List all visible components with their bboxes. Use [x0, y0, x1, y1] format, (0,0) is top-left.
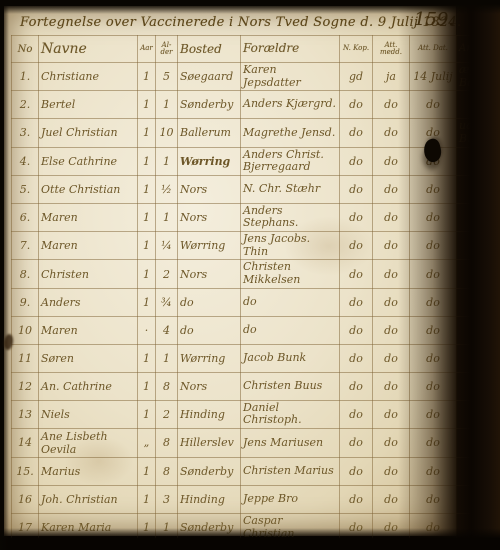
cell-no: 10 — [12, 316, 39, 344]
cell-aar: 1 — [138, 288, 156, 316]
cell-no: 2. — [12, 91, 39, 119]
cell-parent: Christen Marius — [241, 457, 340, 485]
cell-kop: do — [340, 457, 373, 485]
cell-sted: Sønderby — [178, 91, 241, 119]
cell-dat: 14 Julij — [410, 63, 457, 91]
cell-dat: do — [410, 344, 457, 372]
cell-anm — [457, 288, 500, 316]
cell-kop: do — [340, 316, 373, 344]
table-row: 8.Christen12NorsChristen Mikkelsendododo — [12, 260, 500, 288]
cell-dat: do — [410, 260, 457, 288]
cell-att: do — [373, 119, 410, 147]
cell-att: do — [373, 232, 410, 260]
cell-kop: do — [340, 260, 373, 288]
cell-att: do — [373, 513, 410, 541]
cell-alder: 8 — [156, 457, 178, 485]
cell-no: 4. — [12, 147, 39, 175]
cell-att: do — [373, 147, 410, 175]
register-body: 1.Christiane15SøegaardKaren Jepsdattergd… — [12, 63, 500, 542]
table-row: 15.Marius18SønderbyChristen Mariusdododo — [12, 457, 500, 485]
cell-dat: do — [410, 316, 457, 344]
cell-anm — [457, 175, 500, 203]
cell-kop: do — [340, 372, 373, 400]
cell-att: do — [373, 288, 410, 316]
cell-dat: do — [410, 91, 457, 119]
cell-dat: do — [410, 372, 457, 400]
cell-dat: do — [410, 203, 457, 231]
cell-no: 5. — [12, 175, 39, 203]
cell-anm — [457, 400, 500, 428]
cell-dat: do — [410, 428, 457, 457]
cell-sted: Wørring — [178, 344, 241, 372]
cell-kop: do — [340, 344, 373, 372]
cell-att: do — [373, 175, 410, 203]
cell-alder: 2 — [156, 400, 178, 428]
cell-kop: do — [340, 203, 373, 231]
cell-att: do — [373, 91, 410, 119]
cell-sted: do — [178, 288, 241, 316]
cell-parent: Karen Jepsdatter — [241, 63, 340, 91]
cell-dat: do — [410, 400, 457, 428]
cell-sted: Hillerslev — [178, 428, 241, 457]
cell-anm — [457, 513, 500, 541]
cell-name: Christen — [39, 260, 138, 288]
cell-name: Else Cathrine — [39, 147, 138, 175]
cell-name: Maren — [39, 316, 138, 344]
cell-sted: Nors — [178, 203, 241, 231]
cell-sted: Søegaard — [178, 63, 241, 91]
cell-sted: Nors — [178, 175, 241, 203]
cell-name: Anders — [39, 288, 138, 316]
cell-parent: do — [241, 316, 340, 344]
cell-aar: 1 — [138, 260, 156, 288]
cell-att: do — [373, 316, 410, 344]
column-header-dat: Att. Dat. — [410, 36, 457, 63]
cell-anm — [457, 203, 500, 231]
table-row: 6.Maren11NorsAnders Stephans.dododo — [12, 203, 500, 231]
cell-dat: do — [410, 513, 457, 541]
cell-no: 9. — [12, 288, 39, 316]
cell-anm: uægte B. — [457, 119, 500, 147]
cell-aar: 1 — [138, 63, 156, 91]
cell-att: do — [373, 485, 410, 513]
cell-alder: 8 — [156, 372, 178, 400]
cell-alder: 1 — [156, 91, 178, 119]
cell-alder: ¾ — [156, 288, 178, 316]
cell-kop: do — [340, 485, 373, 513]
page-title: Fortegnelse over Vaccinerede i Nors Tved… — [20, 15, 400, 30]
cell-alder: 10 — [156, 119, 178, 147]
cell-sted: Nors — [178, 260, 241, 288]
cell-name: Karen Maria — [39, 513, 138, 541]
table-row: 14Ane Lisbeth Oevila„8HillerslevJens Mar… — [12, 428, 500, 457]
table-row: 1.Christiane15SøegaardKaren Jepsdattergd… — [12, 63, 500, 91]
cell-sted: Hinding — [178, 400, 241, 428]
cell-att: ja — [373, 63, 410, 91]
cell-kop: do — [340, 91, 373, 119]
cell-aar: 1 — [138, 344, 156, 372]
cell-name: Christiane — [39, 63, 138, 91]
cell-alder: 4 — [156, 316, 178, 344]
cell-parent: Christen Buus — [241, 372, 340, 400]
cell-kop: do — [340, 428, 373, 457]
cell-alder: ¼ — [156, 232, 178, 260]
cell-kop: do — [340, 232, 373, 260]
cell-parent: Daniel Christoph. — [241, 400, 340, 428]
cell-anm — [457, 232, 500, 260]
cell-sted: do — [178, 316, 241, 344]
cell-name: Maren — [39, 203, 138, 231]
cell-parent: N. Chr. Stæhr — [241, 175, 340, 203]
cell-aar: · — [138, 316, 156, 344]
cell-parent: Anders Kjærgrd. — [241, 91, 340, 119]
cell-anm — [457, 457, 500, 485]
cell-no: 8. — [12, 260, 39, 288]
column-header-sted: Bosted — [178, 36, 241, 63]
table-row: 5.Otte Christian1½NorsN. Chr. Stæhrdodod… — [12, 175, 500, 203]
cell-parent: Magrethe Jensd. — [241, 119, 340, 147]
cell-parent: do — [241, 288, 340, 316]
page-number: 159. — [414, 9, 454, 30]
cell-no: 15. — [12, 457, 39, 485]
cell-aar: 1 — [138, 203, 156, 231]
table-row: 10Maren·4dododododo — [12, 316, 500, 344]
cell-anm — [457, 316, 500, 344]
cell-no: 7. — [12, 232, 39, 260]
cell-anm: ægte Barn. — [457, 63, 500, 91]
cell-name: Maren — [39, 232, 138, 260]
cell-no: 6. — [12, 203, 39, 231]
table-row: 12An. Cathrine18NorsChristen Buusdododo — [12, 372, 500, 400]
cell-att: do — [373, 344, 410, 372]
table-header-row: No Navne Aar Al- der Bosted Forældre N. … — [12, 36, 500, 63]
column-header-parent: Forældre — [241, 36, 340, 63]
cell-parent: Jens Jacobs. Thin — [241, 232, 340, 260]
scanned-register-page: Fortegnelse over Vaccinerede i Nors Tved… — [0, 0, 500, 550]
cell-alder: 5 — [156, 63, 178, 91]
cell-kop: do — [340, 400, 373, 428]
table-row: 13Niels12HindingDaniel Christoph.dododo — [12, 400, 500, 428]
cell-alder: 1 — [156, 513, 178, 541]
cell-anm — [457, 91, 500, 119]
cell-sted: Sønderby — [178, 457, 241, 485]
cell-aar: 1 — [138, 513, 156, 541]
cell-alder: 1 — [156, 147, 178, 175]
table-row: 16Joh. Christian13HindingJeppe Brodododo — [12, 485, 500, 513]
cell-kop: do — [340, 513, 373, 541]
cell-kop: do — [340, 119, 373, 147]
cell-parent: Caspar Christian — [241, 513, 340, 541]
cell-name: Juel Christian — [39, 119, 138, 147]
column-header-name: Navne — [39, 36, 138, 63]
cell-dat: do — [410, 232, 457, 260]
cell-alder: 1 — [156, 344, 178, 372]
cell-alder: ½ — [156, 175, 178, 203]
cell-aar: „ — [138, 428, 156, 457]
cell-name: Marius — [39, 457, 138, 485]
cell-anm — [457, 147, 500, 175]
cell-anm — [457, 485, 500, 513]
column-header-att: Att. medd. — [373, 36, 410, 63]
vaccination-register-table: No Navne Aar Al- der Bosted Forældre N. … — [11, 35, 500, 542]
cell-no: 1. — [12, 63, 39, 91]
column-header-alder: Al- der — [156, 36, 178, 63]
cell-no: 14 — [12, 428, 39, 457]
cell-dat: do — [410, 457, 457, 485]
cell-aar: 1 — [138, 91, 156, 119]
column-header-anm: Anmærkn. — [457, 36, 500, 63]
cell-aar: 1 — [138, 457, 156, 485]
paper-sheet: Fortegnelse over Vaccinerede i Nors Tved… — [4, 6, 456, 536]
cell-sted: Ballerum — [178, 119, 241, 147]
cell-anm — [457, 428, 500, 457]
cell-anm — [457, 344, 500, 372]
table-row: 2.Bertel11SønderbyAnders Kjærgrd.dododo — [12, 91, 500, 119]
cell-sted: Wørring — [178, 232, 241, 260]
cell-no: 16 — [12, 485, 39, 513]
cell-kop: do — [340, 175, 373, 203]
cell-name: Søren — [39, 344, 138, 372]
cell-no: 13 — [12, 400, 39, 428]
cell-dat: do — [410, 175, 457, 203]
cell-alder: 8 — [156, 428, 178, 457]
cell-name: Bertel — [39, 91, 138, 119]
cell-aar: 1 — [138, 372, 156, 400]
column-header-kop: N. Kop. — [340, 36, 373, 63]
cell-name: Niels — [39, 400, 138, 428]
cell-dat: do — [410, 485, 457, 513]
cell-anm — [457, 260, 500, 288]
cell-no: 17 — [12, 513, 39, 541]
cell-att: do — [373, 203, 410, 231]
cell-att: do — [373, 260, 410, 288]
cell-aar: 1 — [138, 147, 156, 175]
cell-no: 11 — [12, 344, 39, 372]
cell-dat: do — [410, 288, 457, 316]
cell-sted: Nors — [178, 372, 241, 400]
table-row: 7.Maren1¼WørringJens Jacobs. Thindododo — [12, 232, 500, 260]
cell-parent: Anders Christ. Bjerregaard — [241, 147, 340, 175]
cell-att: do — [373, 457, 410, 485]
cell-aar: 1 — [138, 485, 156, 513]
cell-kop: gd — [340, 63, 373, 91]
cell-sted: Wørring — [178, 147, 241, 175]
cell-alder: 1 — [156, 203, 178, 231]
cell-name: Otte Christian — [39, 175, 138, 203]
cell-no: 3. — [12, 119, 39, 147]
cell-parent: Jeppe Bro — [241, 485, 340, 513]
cell-aar: 1 — [138, 119, 156, 147]
cell-sted: Sønderby — [178, 513, 241, 541]
cell-no: 12 — [12, 372, 39, 400]
column-header-aar: Aar — [138, 36, 156, 63]
cell-aar: 1 — [138, 400, 156, 428]
cell-alder: 3 — [156, 485, 178, 513]
cell-parent: Jacob Bunk — [241, 344, 340, 372]
cell-anm — [457, 372, 500, 400]
cell-kop: do — [340, 288, 373, 316]
cell-name: Joh. Christian — [39, 485, 138, 513]
cell-aar: 1 — [138, 232, 156, 260]
cell-parent: Anders Stephans. — [241, 203, 340, 231]
cell-aar: 1 — [138, 175, 156, 203]
table-row: 17Karen Maria11SønderbyCaspar Christiand… — [12, 513, 500, 541]
table-row: 9.Anders1¾dododododo — [12, 288, 500, 316]
cell-parent: Jens Mariusen — [241, 428, 340, 457]
cell-alder: 2 — [156, 260, 178, 288]
cell-sted: Hinding — [178, 485, 241, 513]
cell-name: Ane Lisbeth Oevila — [39, 428, 138, 457]
cell-att: do — [373, 400, 410, 428]
cell-name: An. Cathrine — [39, 372, 138, 400]
cell-att: do — [373, 428, 410, 457]
table-row: 11Søren11WørringJacob Bunkdododo — [12, 344, 500, 372]
cell-kop: do — [340, 147, 373, 175]
column-header-no: No — [12, 36, 39, 63]
cell-att: do — [373, 372, 410, 400]
cell-parent: Christen Mikkelsen — [241, 260, 340, 288]
